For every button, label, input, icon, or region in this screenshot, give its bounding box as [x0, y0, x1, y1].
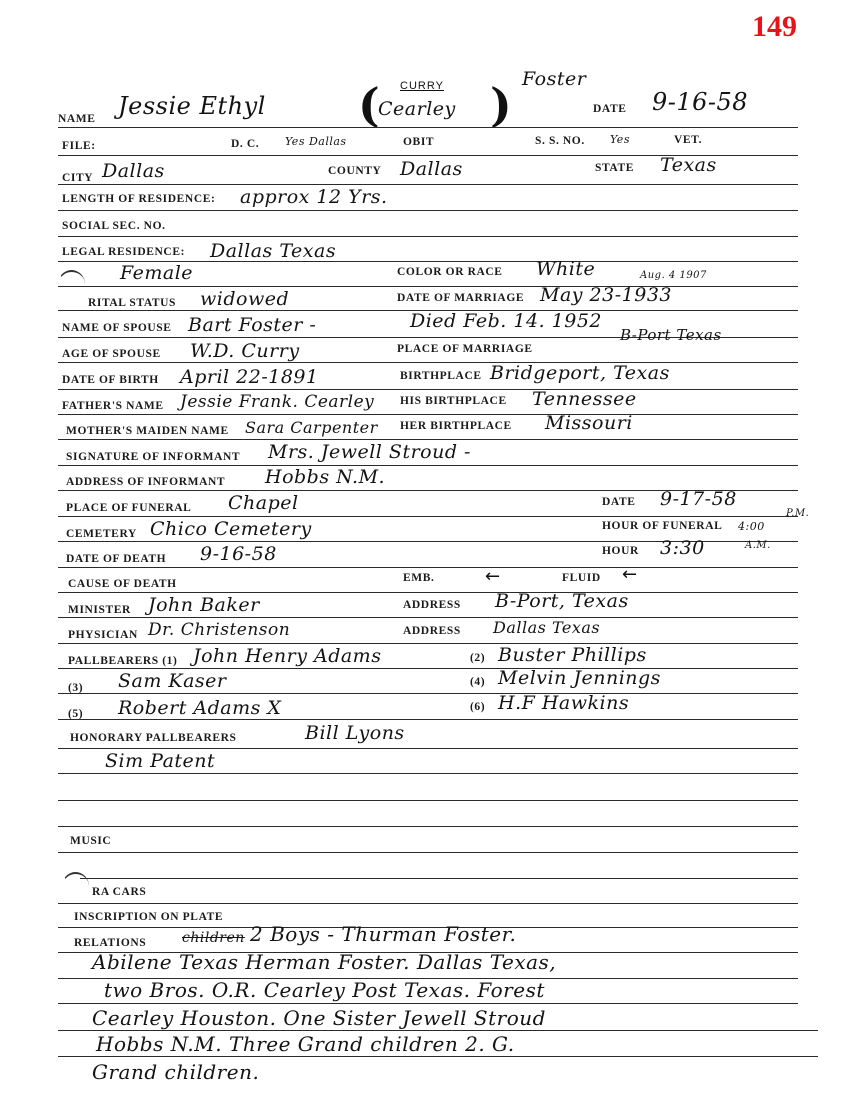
rule [58, 617, 798, 618]
date-label: DATE [593, 103, 627, 115]
relations-line-1: 2 Boys - Thurman Foster. [170, 922, 516, 946]
pallbearer-4-label: (4) [470, 676, 485, 688]
relations-line-5: Hobbs N.M. Three Grand children 2. G. [96, 1032, 515, 1056]
ss-no-label: S. S. NO. [535, 135, 585, 147]
fluid-arrow-icon: ← [622, 564, 637, 585]
rule [58, 800, 798, 801]
maiden-name-value: Cearley [378, 98, 456, 120]
rule [58, 592, 798, 593]
age-of-spouse-value: W.D. Curry [190, 340, 300, 362]
her-birthplace-label: HER BIRTHPLACE [400, 420, 512, 432]
pallbearer-6-label: (6) [470, 701, 485, 713]
age-of-spouse-label: AGE OF SPOUSE [62, 348, 161, 360]
funeral-date-value: 9-17-58 [660, 488, 737, 510]
rule [80, 878, 798, 879]
ss-no-value: Yes [610, 133, 630, 146]
date-value: 9-16-58 [652, 88, 748, 116]
color-or-race-label: COLOR OR RACE [397, 266, 503, 278]
rule [58, 516, 798, 517]
minister-address-value: B-Port, Texas [495, 590, 629, 612]
rule [58, 439, 798, 440]
color-or-race-value: White [536, 258, 595, 280]
rule [58, 748, 798, 749]
date-of-marriage-label: DATE OF MARRIAGE [397, 292, 524, 304]
rule [58, 1030, 818, 1031]
marital-status-value: widowed [200, 288, 289, 310]
name-of-spouse-value: Bart Foster - [188, 314, 316, 336]
cemetery-value: Chico Cemetery [150, 518, 312, 540]
obit-label: OBIT [403, 136, 434, 148]
county-label: COUNTY [328, 165, 381, 177]
rule [58, 389, 798, 390]
rule [58, 236, 798, 237]
length-of-residence-label: LENGTH OF RESIDENCE: [62, 193, 215, 205]
minister-address-label: ADDRESS [403, 599, 461, 611]
emb-label: EMB. [403, 572, 434, 584]
city-value: Dallas [102, 160, 165, 182]
funeral-date-label: DATE [602, 496, 636, 508]
hour-value: 3:30 [660, 537, 705, 559]
honorary-pallbearers-label: HONORARY PALLBEARERS [70, 732, 237, 744]
hour-of-funeral-label: HOUR OF FUNERAL [602, 520, 722, 532]
social-sec-no-label: SOCIAL SEC. NO. [62, 220, 166, 232]
bracket-close: ) [490, 78, 512, 132]
mothers-maiden-name-label: MOTHER'S MAIDEN NAME [66, 425, 229, 437]
rule [58, 210, 798, 211]
his-birthplace-value: Tennessee [532, 388, 637, 410]
physician-address-label: ADDRESS [403, 625, 461, 637]
cemetery-label: CEMETERY [66, 528, 137, 540]
date-of-death-label: DATE OF DEATH [66, 553, 166, 565]
signature-of-informant-value: Mrs. Jewell Stroud - [268, 441, 471, 463]
rule [58, 1056, 818, 1057]
state-value: Texas [660, 154, 717, 176]
rule [58, 719, 798, 720]
physician-address-value: Dallas Texas [493, 618, 600, 637]
cause-of-death-label: CAUSE OF DEATH [68, 578, 177, 590]
date-of-birth-value: April 22-1891 [180, 366, 319, 388]
punch-hole-top [58, 270, 85, 298]
punch-hole-bottom [62, 872, 89, 900]
rule [58, 773, 798, 774]
rule [58, 668, 798, 669]
mothers-maiden-name-value: Sara Carpenter [245, 418, 378, 437]
state-label: STATE [595, 162, 634, 174]
emb-arrow-icon: ← [485, 566, 500, 587]
rule [58, 127, 798, 128]
rule [58, 693, 798, 694]
bracket-open: ( [358, 78, 380, 132]
fathers-name-value: Jessie Frank. Cearley [180, 392, 374, 412]
address-of-informant-label: ADDRESS OF INFORMANT [66, 476, 225, 488]
address-of-informant-value: Hobbs N.M. [265, 466, 385, 488]
rule [58, 852, 798, 853]
legal-residence-label: LEGAL RESIDENCE: [62, 246, 185, 258]
hour-of-funeral-suffix: P.M. [786, 508, 809, 519]
hour-of-funeral-value: 4:00 [738, 520, 765, 533]
rule [58, 567, 798, 568]
birthplace-label: BIRTHPLACE [400, 370, 482, 382]
married-name-value: Foster [522, 68, 586, 90]
minister-label: MINISTER [68, 604, 131, 616]
pallbearer-2-value: Buster Phillips [498, 644, 647, 666]
pallbearer-1-value: John Henry Adams [193, 645, 381, 667]
minister-value: John Baker [148, 594, 260, 616]
dc-label: D. C. [231, 138, 259, 150]
extra-cars-label: RA CARS [92, 886, 146, 898]
name-value: Jessie Ethyl [118, 92, 266, 120]
date-of-marriage-2-value: May 23-1933 [540, 284, 672, 306]
rule [58, 414, 798, 415]
birthplace-value: Bridgeport, Texas [490, 362, 670, 384]
relations-line-2: Abilene Texas Herman Foster. Dallas Texa… [92, 950, 556, 974]
place-of-marriage-label: PLACE OF MARRIAGE [397, 343, 533, 355]
music-label: MUSIC [70, 835, 111, 847]
spouse-died-value: Died Feb. 14. 1952 [410, 310, 602, 332]
pallbearers-label: PALLBEARERS (1) [68, 655, 177, 667]
marital-status-label: RITAL STATUS [88, 297, 176, 309]
maiden-correction-value: CURRY [400, 80, 444, 92]
rule [58, 643, 798, 644]
place-of-funeral-label: PLACE OF FUNERAL [66, 502, 191, 514]
rule [58, 826, 798, 827]
date-of-birth-label: DATE OF BIRTH [62, 374, 159, 386]
honorary-pallbearer-1-value: Bill Lyons [305, 722, 405, 744]
relations-line-3: two Bros. O.R. Cearley Post Texas. Fores… [104, 978, 545, 1002]
hour-label: HOUR [602, 545, 639, 557]
relations-label: RELATIONS [74, 937, 146, 949]
pallbearer-3-value: Sam Kaser [118, 670, 227, 692]
rule [58, 903, 798, 904]
place-of-marriage-value: B-Port Texas [620, 326, 722, 344]
fluid-label: FLUID [562, 572, 601, 584]
fathers-name-label: FATHER'S NAME [62, 400, 164, 412]
length-of-residence-value: approx 12 Yrs. [240, 186, 388, 208]
pallbearer-6-value: H.F Hawkins [498, 692, 629, 714]
rule [58, 184, 798, 185]
rule [58, 362, 798, 363]
pallbearer-4-value: Melvin Jennings [498, 667, 661, 689]
name-of-spouse-label: NAME OF SPOUSE [62, 322, 172, 334]
honorary-pallbearer-2-value: Sim Patent [105, 750, 215, 772]
county-value: Dallas [400, 158, 463, 180]
pallbearer-2-label: (2) [470, 652, 485, 664]
hour-suffix: A.M. [745, 540, 771, 551]
name-label: NAME [58, 113, 96, 125]
sex-value: Female [120, 262, 193, 284]
physician-label: PHYSICIAN [68, 629, 138, 641]
rule [58, 465, 798, 466]
city-label: CITY [62, 172, 93, 184]
his-birthplace-label: HIS BIRTHPLACE [400, 395, 507, 407]
rule [58, 1003, 798, 1004]
relations-line-4: Cearley Houston. One Sister Jewell Strou… [92, 1006, 546, 1030]
rule [58, 286, 798, 287]
signature-of-informant-label: SIGNATURE OF INFORMANT [66, 451, 240, 463]
her-birthplace-value: Missouri [545, 412, 633, 434]
file-label: FILE: [62, 140, 96, 152]
relations-line-6: Grand children. [92, 1060, 259, 1084]
vet-label: VET. [674, 134, 702, 146]
legal-residence-value: Dallas Texas [210, 240, 336, 262]
date-of-marriage-1-value: Aug. 4 1907 [640, 270, 707, 281]
place-of-funeral-value: Chapel [228, 492, 299, 514]
physician-value: Dr. Christenson [148, 620, 290, 640]
pallbearer-5-value: Robert Adams X [118, 697, 281, 719]
date-of-death-value: 9-16-58 [200, 543, 277, 565]
page-number: 149 [752, 10, 797, 44]
dc-value: Yes Dallas [285, 135, 347, 148]
